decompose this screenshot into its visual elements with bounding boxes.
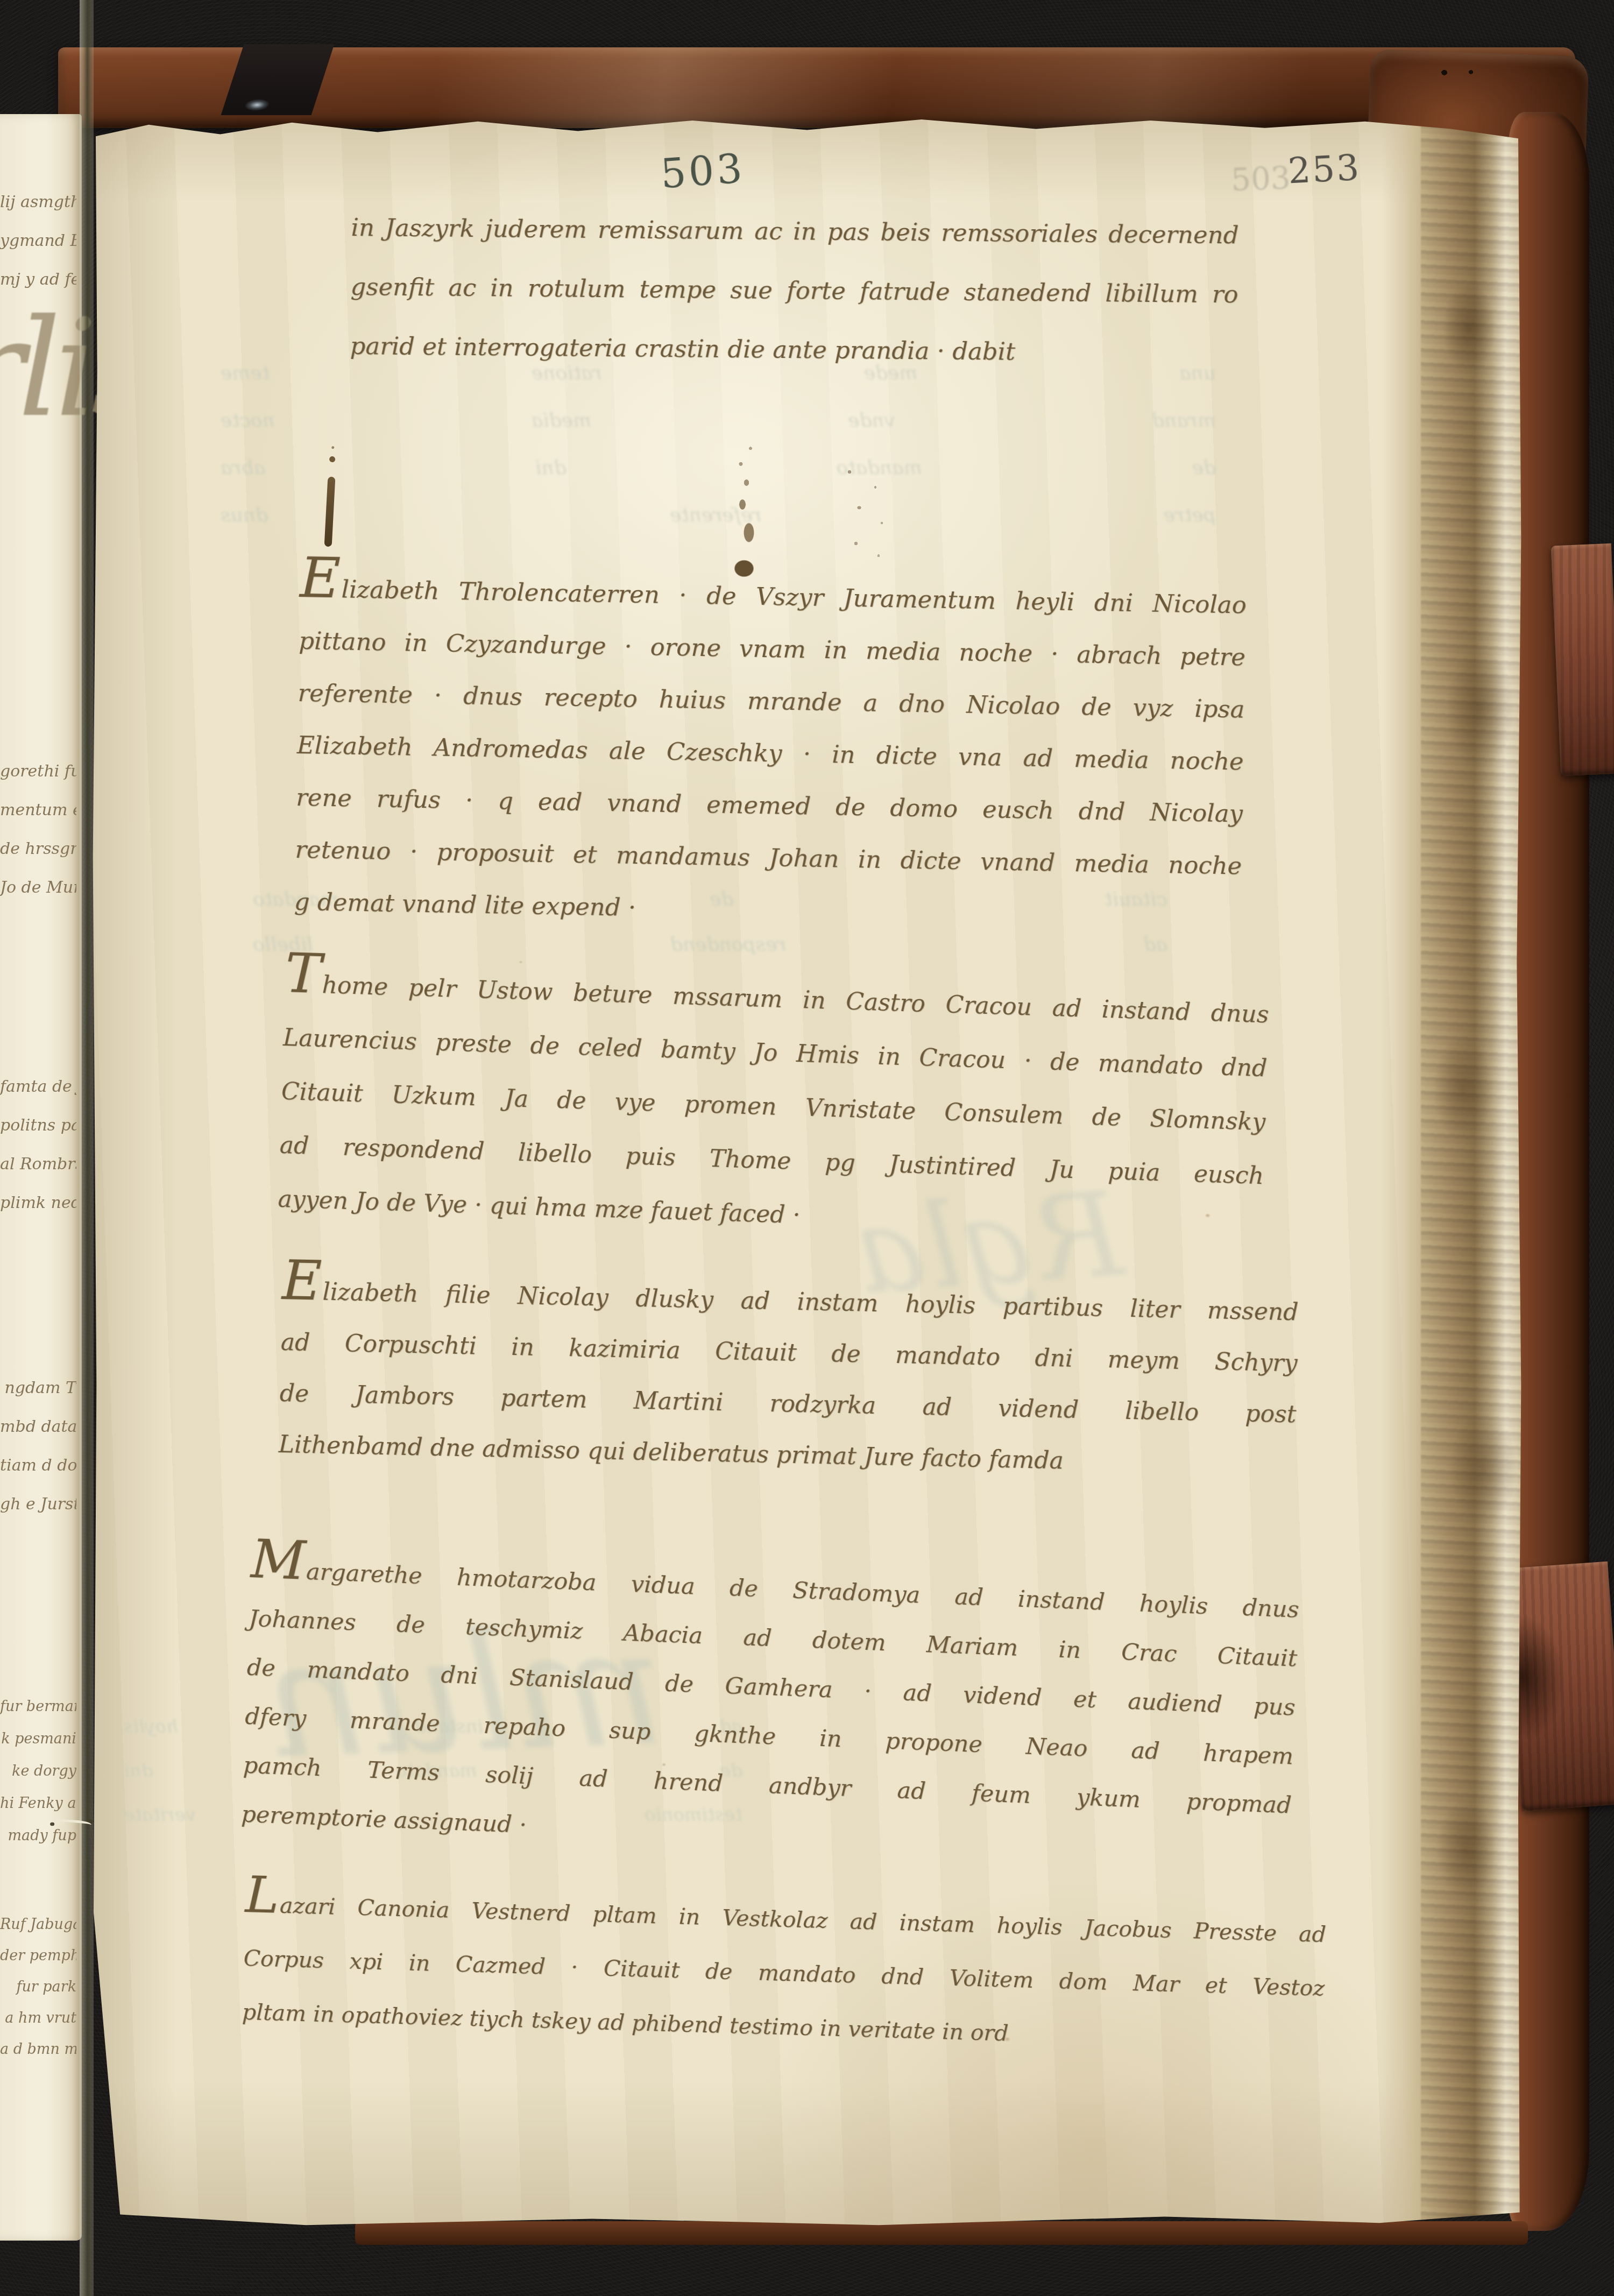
facing-page-text-cluster: famta de Jakymspolitns paten o Gazskaal … (0, 1068, 76, 1223)
leather-strap-lower (1504, 1562, 1614, 1811)
facing-page-line: ke dorgy (0, 1755, 76, 1788)
ink-blot (702, 436, 783, 592)
binding-stitch (49, 1814, 96, 1831)
manuscript-line: gsenfit ac in rotulum tempe sue forte fa… (350, 257, 1238, 324)
leather-cover-fore-edge (1509, 112, 1589, 2231)
facing-page-line: lij asmgth (0, 183, 76, 222)
manuscript-page: una mede ratione tememrand vnde media no… (91, 117, 1523, 2229)
facing-page-line: al Rombrs 2nad (0, 1145, 76, 1184)
facing-page-line: mentum e Jamber (0, 791, 76, 830)
manuscript-entry-5: Margarethe hmotarzoba vidua de Stradomya… (240, 1541, 1300, 1879)
manuscript-entry-3: Thome pelr Ustow beture mssarum in Castr… (277, 954, 1270, 1257)
manuscript-line: in Jaszyrk juderem remissarum ac in pas … (351, 198, 1239, 265)
facing-page-line: k pesmani (0, 1723, 76, 1755)
folio-number-ghost: 503 (1230, 159, 1291, 198)
facing-page-line: plimk ned Juders (0, 1184, 76, 1223)
facing-page-line: der pemphr (0, 1940, 76, 1972)
facing-page-line: ygmand Bachay (0, 222, 76, 260)
facing-page-line: politns paten o Gazska (0, 1106, 76, 1145)
manuscript-entry-2: Elizabeth Throlencaterren · de Vszyr Jur… (294, 559, 1247, 944)
manuscript-photograph: rlis lij asmgthygmand Bachaymj y ad feay… (0, 0, 1614, 2296)
manuscript-line: parid et interrogateria crastin die ante… (350, 316, 1238, 383)
facing-page-line: ngdam T (0, 1369, 76, 1408)
folio-number-pencil: 253 (1287, 147, 1362, 192)
damaged-fore-edge (1382, 117, 1523, 2229)
facing-page-line: tiam d dokk (0, 1446, 76, 1485)
facing-page-line: famta de Jakyms (0, 1068, 76, 1106)
facing-page-line: a hm vrut (0, 2003, 76, 2034)
leather-cover-bottom-edge (355, 2221, 1528, 2245)
leather-strap-upper (1551, 543, 1614, 776)
facing-page-text-cluster: lij asmgthygmand Bachaymj y ad feay (0, 183, 76, 299)
facing-page-line: fur bermani (0, 1691, 76, 1723)
facing-page-line: Ruf Jabuga (0, 1909, 76, 1940)
facing-page-line: fur park (0, 1972, 76, 2003)
facing-page-text-cluster: ngdam Tmbd datatiam d dokkgh e Jursta (0, 1369, 76, 1524)
facing-page-line: gorethi fur (0, 752, 76, 791)
facing-page-line: gh e Jursta (0, 1485, 76, 1524)
facing-page-text-cluster: gorethi furmentum e Jamberde hrssgm y ad… (0, 752, 76, 907)
facing-page-line: mbd data (0, 1408, 76, 1446)
facing-page: rlis lij asmgthygmand Bachaymj y ad feay… (0, 114, 82, 2241)
ink-speckles (837, 462, 901, 564)
manuscript-entry-6: Lazari Canonia Vestnerd pltam in Vestkol… (242, 1877, 1327, 2069)
facing-page-line: de hrssgm y addiso (0, 830, 76, 868)
manuscript-entry-4: Elizabeth filie Nicolay dlusky ad instam… (278, 1261, 1299, 1491)
facing-page-line: Jo de Murzalow (0, 868, 76, 907)
folio-number-ink: 503 (659, 146, 746, 198)
facing-page-line: a d bmn mzt (0, 2034, 76, 2065)
manuscript-entry-1: in Jaszyrk juderem remissarum ac in pas … (350, 198, 1239, 383)
facing-page-text-cluster: Ruf Jabugader pemphrfur parka hm vruta d… (0, 1909, 76, 2065)
facing-page-line: mj y ad feay (0, 260, 76, 299)
glass-plate-edge (80, 0, 94, 2296)
